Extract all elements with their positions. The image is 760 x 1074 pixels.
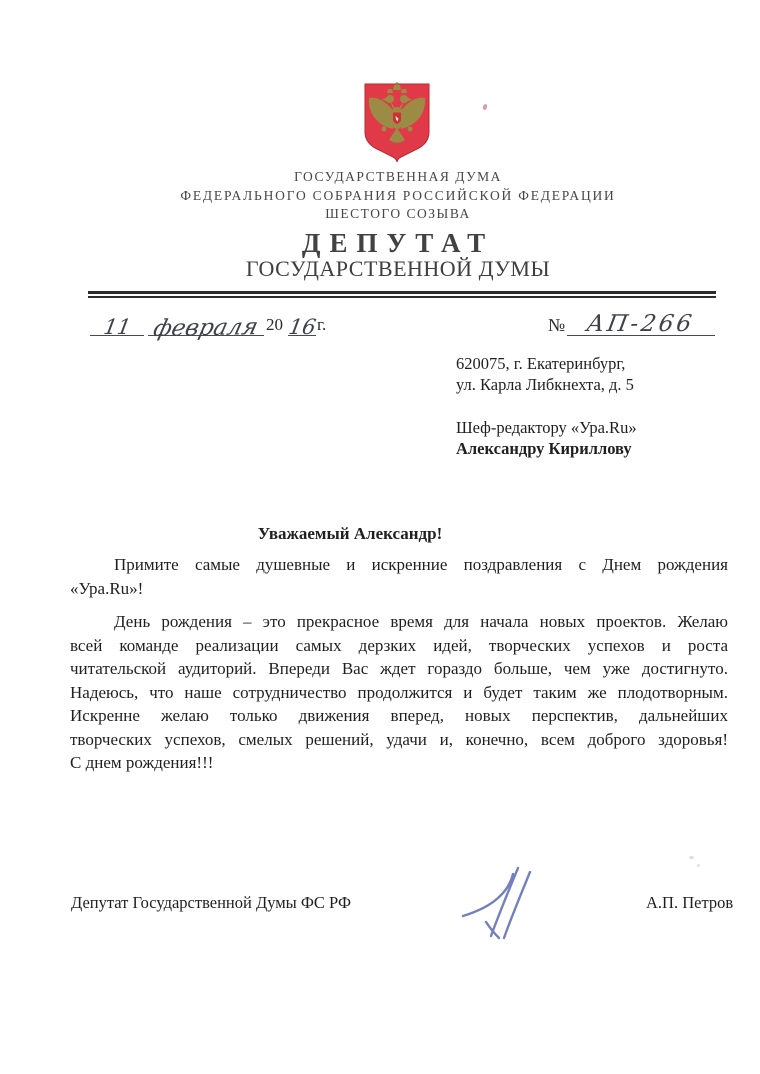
recipient-name: Александру Кириллову: [456, 439, 637, 460]
recipient-address-line2: ул. Карла Либкнехта, д. 5: [456, 375, 637, 396]
letter-page: ГОСУДАРСТВЕННАЯ ДУМА ФЕДЕРАЛЬНОГО СОБРАН…: [0, 0, 760, 1074]
handwritten-year: 16: [287, 315, 318, 339]
signer-name: А.П. Петров: [646, 893, 733, 913]
body-line: всей команде реализации самых дерзких ид…: [70, 634, 728, 658]
signature-scribble: [458, 852, 543, 940]
sender-title-line2: ГОСУДАРСТВЕННОЙ ДУМЫ: [38, 258, 758, 280]
handwritten-number: АП-266: [585, 311, 697, 337]
handwritten-day: 11: [102, 315, 133, 339]
number-sign: №: [548, 315, 565, 336]
org-name-line2: ФЕДЕРАЛЬНОГО СОБРАНИЯ РОССИЙСКОЙ ФЕДЕРАЦ…: [38, 187, 758, 206]
spacer: [456, 395, 637, 418]
russia-coat-of-arms-icon: [361, 82, 433, 162]
body-line: читательской аудиторий. Впереди Вас ждет…: [70, 657, 728, 681]
paragraph-1: Примите самые душевные и искренние поздр…: [70, 553, 728, 600]
org-name-line1: ГОСУДАРСТВЕННАЯ ДУМА: [38, 168, 758, 187]
org-name-line3: ШЕСТОГО СОЗЫВА: [38, 205, 758, 224]
scan-artifact: [689, 856, 694, 859]
paragraph-2: День рождения – это прекрасное время для…: [70, 610, 728, 775]
year-suffix: г.: [317, 315, 326, 335]
recipient-address-line1: 620075, г. Екатеринбург,: [456, 354, 637, 375]
body-line: Надеюсь, что наше сотрудничество продолж…: [70, 681, 728, 705]
scan-artifact: [697, 864, 700, 867]
salutation: Уважаемый Александр!: [70, 524, 630, 544]
body-line: «Ура.Ru»!: [70, 577, 728, 601]
date-year-blank: 16: [288, 308, 316, 336]
date-day-blank: 11: [90, 308, 144, 336]
year-prefix: 20: [266, 315, 283, 335]
recipient-block: 620075, г. Екатеринбург, ул. Карла Либкн…: [456, 354, 637, 459]
body-line: С днем рождения!!!: [70, 751, 728, 775]
handwritten-month: февраля: [151, 314, 261, 342]
letterhead: ГОСУДАРСТВЕННАЯ ДУМА ФЕДЕРАЛЬНОГО СОБРАН…: [38, 168, 758, 280]
signer-position: Депутат Государственной Думы ФС РФ: [71, 893, 351, 913]
date-month-blank: февраля: [148, 308, 264, 336]
body-line: Искренне желаю только движения вперед, н…: [70, 704, 728, 728]
letterhead-divider: [88, 291, 716, 298]
recipient-position: Шеф-редактору «Ура.Ru»: [456, 418, 637, 439]
scan-artifact: [482, 103, 488, 110]
body-line: День рождения – это прекрасное время для…: [70, 610, 728, 634]
body-line: творческих успехов, смелых решений, удач…: [70, 728, 728, 752]
sender-title-line1: ДЕПУТАТ: [38, 228, 758, 258]
outgoing-number-blank: АП-266: [567, 305, 715, 336]
body-line: Примите самые душевные и искренние поздр…: [70, 553, 728, 577]
